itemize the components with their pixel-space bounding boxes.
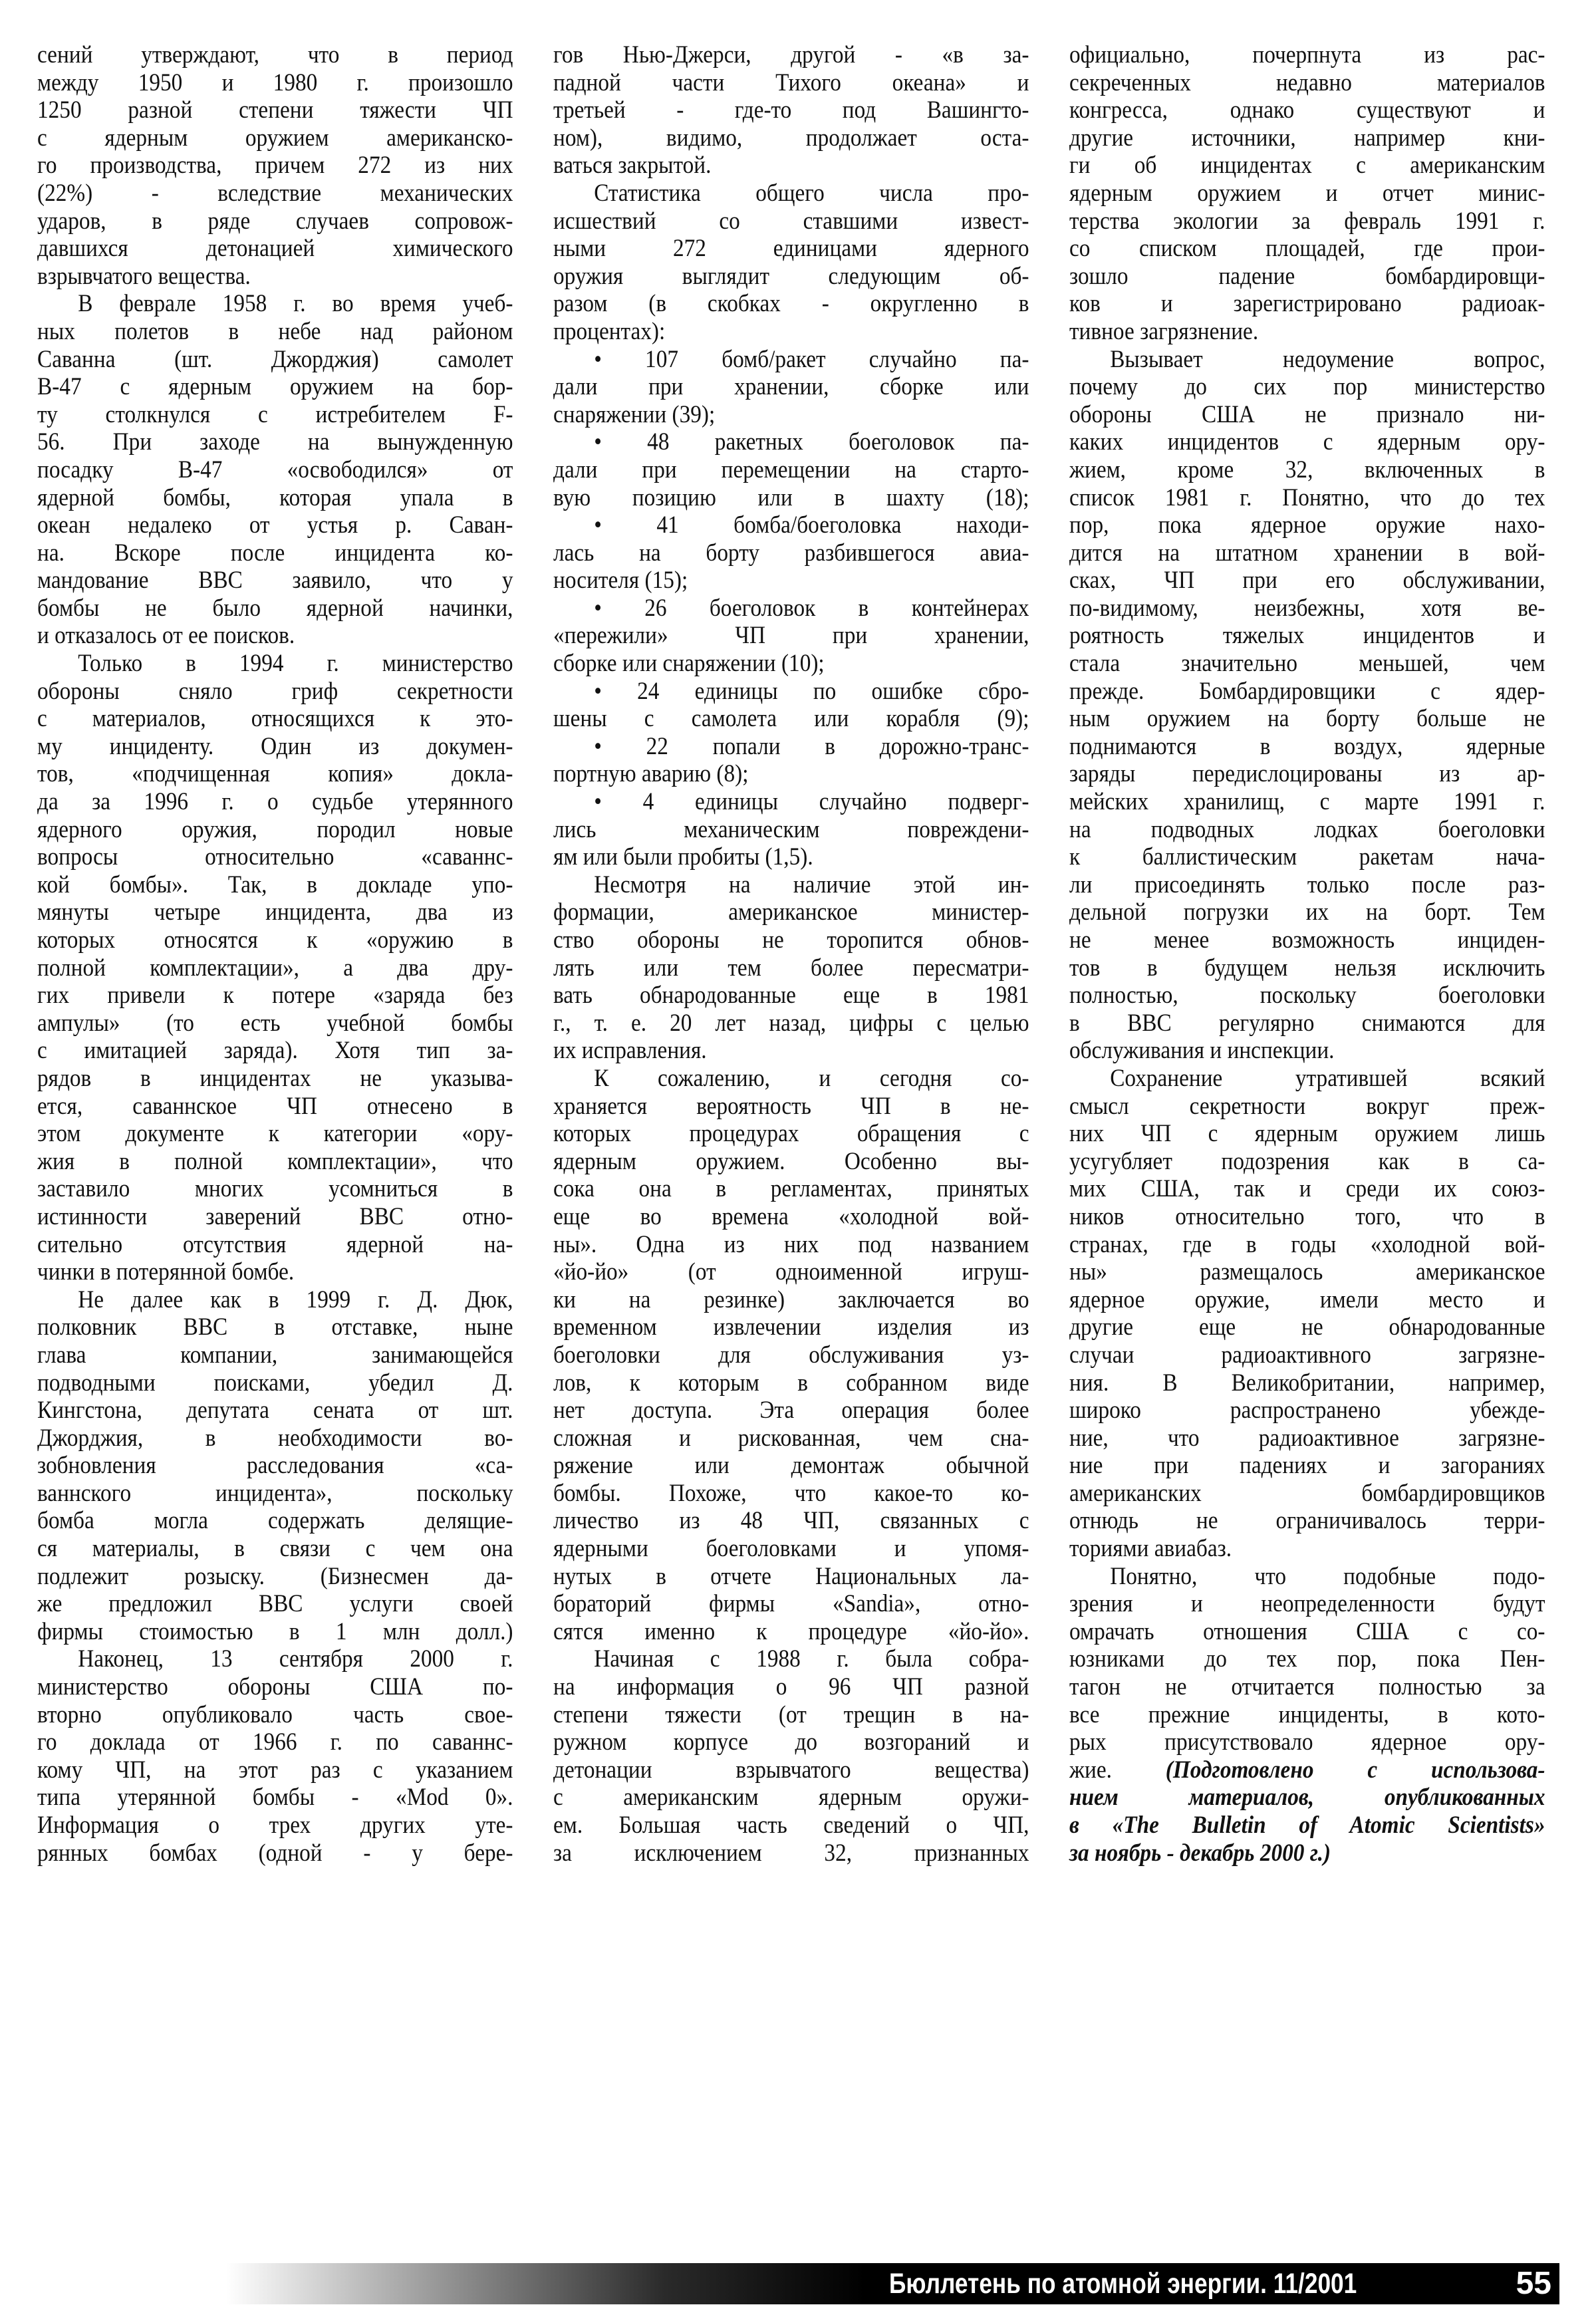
text-line: которых относятся к «оружию в [37,926,513,954]
text-line: ядерного оружия, породил новые [37,816,513,844]
text-line: рых присутствовало ядерное ору- [1069,1728,1545,1756]
text-line: за ноябрь - декабрь 2000 г.) [1069,1839,1545,1867]
text-line: министерство обороны США по- [37,1673,513,1701]
text-line: поднимаются в воздух, ядерные [1069,733,1545,761]
paragraph-start-line: Понятно, что подобные подо- [1069,1563,1545,1591]
text-column-1: сений утверждают, что в периодмежду 1950… [37,41,513,1867]
text-line: бомбы. Похоже, что какое-то ко- [553,1480,1029,1508]
text-line: с ядерным оружием американско- [37,124,513,152]
text-line: заряды передислоцированы из ар- [1069,760,1545,788]
text-line: океан недалеко от устья р. Саван- [37,511,513,539]
text-line: дельной погрузки их на борт. Тем [1069,898,1545,926]
text-line: фирмы стоимостью в 1 млн долл.) [37,1618,513,1646]
text-line: лась на борту разбившегося авиа- [553,539,1029,567]
text-line: третьей - где-то под Вашингто- [553,96,1029,124]
text-line: ружном корпусе до возгораний и [553,1728,1029,1756]
text-line: ударов, в ряде случаев сопровож- [37,207,513,235]
text-line: с материалов, относящихся к это- [37,705,513,733]
text-line: каких инцидентов с ядерным ору- [1069,428,1545,456]
text-line: ны». Одна из них под названием [553,1231,1029,1259]
text-line: ядерными боеголовками и упомя- [553,1535,1029,1563]
text-line: сках, ЧП при его обслуживании, [1069,567,1545,595]
text-line: по-видимому, неизбежны, хотя ве- [1069,595,1545,622]
text-line: степени тяжести (от трещин в на- [553,1701,1029,1729]
paragraph-start-line: В феврале 1958 г. во время учеб- [37,290,513,318]
text-line: го доклада от 1966 г. по саваннс- [37,1728,513,1756]
text-line: нет доступа. Эта операция более [553,1397,1029,1425]
source-citation-fragment: (Подготовлено с использова- [1166,1756,1545,1784]
text-line: оружия выглядит следующим об- [553,263,1029,291]
text-line: не менее возможность инциден- [1069,926,1545,954]
text-line: полной комплектации», а два дру- [37,954,513,982]
text-line: ядерное оружие, имели место и [1069,1286,1545,1314]
text-line: падной части Тихого океана» и [553,69,1029,97]
paragraph-start-line: Наконец, 13 сентября 2000 г. [37,1645,513,1673]
text-line: Информация о трех других уте- [37,1812,513,1839]
text-line: за исключением 32, признанных [553,1839,1029,1867]
text-line: 56. При заходе на вынужденную [37,428,513,456]
text-line: мандование ВВС заявило, что у [37,567,513,595]
text-line: тов, «подчищенная копия» докла- [37,760,513,788]
text-line: лись механическим повреждени- [553,816,1029,844]
text-line: сений утверждают, что в период [37,41,513,69]
text-line: 1250 разной степени тяжести ЧП [37,96,513,124]
text-line: еще во времена «холодной вой- [553,1203,1029,1231]
text-line: гов Нью-Джерси, другой - «в за- [553,41,1029,69]
text-line: обслуживания и инспекции. [1069,1037,1545,1065]
text-line: зошло падение бомбардировщи- [1069,263,1545,291]
text-line: жия в полной комплектации», что [37,1148,513,1176]
text-line: снаряжении (39); [553,401,1029,429]
text-line: да за 1996 г. о судьбе утерянного [37,788,513,816]
text-line: омрачать отношения США с со- [1069,1618,1545,1646]
text-line: B-47 с ядерным оружием на бор- [37,373,513,401]
text-line: взрывчатого вещества. [37,263,513,291]
text-line: на. Вскоре после инцидента ко- [37,539,513,567]
text-line: ны» размещалось американское [1069,1258,1545,1286]
document-page: сений утверждают, что в периодмежду 1950… [0,0,1596,2309]
text-line: вторно опубликовало часть свое- [37,1701,513,1729]
text-line: которых процедурах обращения с [553,1120,1029,1148]
text-line: лов, к которым в собранном виде [553,1369,1029,1397]
text-line: «йо-йо» (от одноименной игруш- [553,1258,1029,1286]
text-fragment: жие. [1069,1756,1166,1784]
text-line: заставило многих усомниться в [37,1175,513,1203]
text-line: в ВВС регулярно снимаются для [1069,1010,1545,1037]
text-line: глава компании, занимающейся [37,1341,513,1369]
text-line: дали при перемещении на старто- [553,456,1029,484]
text-line: ядерной бомбы, которая упала в [37,484,513,512]
text-line: гих привели к потере «заряда без [37,982,513,1010]
text-line: тивное загрязнение. [1069,318,1545,346]
text-line: жие. (Подготовлено с использова- [1069,1756,1545,1784]
text-line: ется, саваннское ЧП отнесено в [37,1093,513,1121]
text-line: вать обнародованные еще в 1981 [553,982,1029,1010]
text-line: официально, почерпнута из рас- [1069,41,1545,69]
text-line: детонации взрывчатого вещества) [553,1756,1029,1784]
text-line: исшествий со ставшими извест- [553,207,1029,235]
text-line: боеголовки для обслуживания уз- [553,1341,1029,1369]
text-line: сложная и рискованная, чем сна- [553,1425,1029,1452]
text-line: них ЧП с ядерным оружием лишь [1069,1120,1545,1148]
text-line: го производства, причем 272 из них [37,152,513,180]
text-line: полностью, поскольку боеголовки [1069,982,1545,1010]
text-line: конгресса, однако существуют и [1069,96,1545,124]
text-line: сительно отсутствия ядерной на- [37,1231,513,1259]
text-line: ядерным оружием и отчет минис- [1069,180,1545,207]
text-line: лять или тем более пересматри- [553,954,1029,982]
text-line: ние при падениях и загораниях [1069,1452,1545,1480]
text-line: кому ЧП, на этот раз с указанием [37,1756,513,1784]
text-line: на подводных лодках боеголовки [1069,816,1545,844]
text-line: нием материалов, опубликованных [1069,1784,1545,1812]
text-line: другие еще не обнародованные [1069,1313,1545,1341]
text-line: ными 272 единицами ядерного [553,235,1029,263]
text-line: ние, что радиоактивное загрязне- [1069,1425,1545,1452]
text-line: мянуты четыре инцидента, два из [37,898,513,926]
text-line: все прежние инциденты, в кото- [1069,1701,1545,1729]
text-line: сятся именно к процедуре «йо-йо». [553,1618,1029,1646]
text-line: на информация о 96 ЧП разной [553,1673,1029,1701]
text-line: носителя (15); [553,567,1029,595]
text-line: в «The Bulletin of Atomic Scientists» [1069,1812,1545,1839]
text-line: разом (в скобках - округленно в [553,290,1029,318]
text-line: му инциденту. Один из докумен- [37,733,513,761]
text-line: ство обороны не торопится обнов- [553,926,1029,954]
text-line: тов в будущем нельзя исключить [1069,954,1545,982]
paragraph-start-line: • 22 попали в дорожно-транс- [553,733,1029,761]
text-line: между 1950 и 1980 г. произошло [37,69,513,97]
text-line: американских бомбардировщиков [1069,1480,1545,1508]
text-line: г., т. е. 20 лет назад, цифры с целью [553,1010,1029,1037]
text-line: портную аварию (8); [553,760,1029,788]
text-line: ников относительно того, что в [1069,1203,1545,1231]
text-line: ям или были пробиты (1,5). [553,843,1029,871]
text-line: зрения и неопределенности будут [1069,1590,1545,1618]
text-line: обороны сняло гриф секретности [37,678,513,706]
text-line: мейских хранилищ, с марте 1991 г. [1069,788,1545,816]
page-number: 55 [1516,2267,1551,2300]
text-line: усугубляет подозрения как в са- [1069,1148,1545,1176]
text-line: случаи радиоактивного загрязне- [1069,1341,1545,1369]
text-line: полковник ВВС в отставке, ныне [37,1313,513,1341]
text-line: ки на резинке) заключается во [553,1286,1029,1314]
text-line: ном), видимо, продолжает оста- [553,124,1029,152]
text-line: формации, американское министер- [553,898,1029,926]
paragraph-start-line: • 4 единицы случайно подверг- [553,788,1029,816]
paragraph-start-line: • 48 ракетных боеголовок па- [553,428,1029,456]
text-line: рядов в инцидентах не указыва- [37,1065,513,1093]
text-line: к баллистическим ракетам нача- [1069,843,1545,871]
paragraph-start-line: Несмотря на наличие этой ин- [553,871,1029,899]
text-line: типа утерянной бомбы - «Mod 0». [37,1784,513,1812]
text-line: странах, где в годы «холодной вой- [1069,1231,1545,1259]
text-line: пор, пока ядерное оружие нахо- [1069,511,1545,539]
paragraph-start-line: К сожалению, и сегодня со- [553,1065,1029,1093]
text-line: вую позицию или в шахту (18); [553,484,1029,512]
text-line: Джорджия, в необходимости во- [37,1425,513,1452]
text-line: широко распространено убежде- [1069,1397,1545,1425]
text-line: дится на штатном хранении в вой- [1069,539,1545,567]
text-line: с американским ядерным оружи- [553,1784,1029,1812]
text-line: рянных бомбах (одной - у бере- [37,1839,513,1867]
text-line: ния. В Великобритании, например, [1069,1369,1545,1397]
text-line: же предложил ВВС услуги своей [37,1590,513,1618]
text-line: временном извлечении изделия из [553,1313,1029,1341]
text-line: ториями авиабаз. [1069,1535,1545,1563]
text-line: зобновления расследования «са- [37,1452,513,1480]
text-line: вопросы относительно «саваннс- [37,843,513,871]
text-line: роятность тяжелых инцидентов и [1069,622,1545,650]
text-line: ли присоединять только после раз- [1069,871,1545,899]
text-line: обороны США не признало ни- [1069,401,1545,429]
text-line: почему до сих пор министерство [1069,373,1545,401]
text-line: терства экологии за февраль 1991 г. [1069,207,1545,235]
text-line: ядерным оружием. Особенно вы- [553,1148,1029,1176]
paragraph-start-line: • 107 бомб/ракет случайно па- [553,346,1029,374]
text-line: шены с самолета или корабля (9); [553,705,1029,733]
text-line: Кингстона, депутата сената от шт. [37,1397,513,1425]
text-line: бомбы не было ядерной начинки, [37,595,513,622]
text-line: жием, кроме 32, включенных в [1069,456,1545,484]
text-line: ту столкнулся с истребителем F- [37,401,513,429]
text-line: бомба могла содержать делящие- [37,1507,513,1535]
text-line: сборке или снаряжении (10); [553,650,1029,678]
text-line: Саванна (шт. Джорджия) самолет [37,346,513,374]
journal-title: Бюллетень по атомной энергии. 11/2001 [889,2268,1357,2299]
paragraph-start-line: • 41 бомба/боеголовка находи- [553,511,1029,539]
text-line: подлежит розыску. (Бизнесмен да- [37,1563,513,1591]
text-line: отнюдь не ограничивалось терри- [1069,1507,1545,1535]
text-line: давшихся детонацией химического [37,235,513,263]
text-line: другие источники, например кни- [1069,124,1545,152]
text-line: этом документе к категории «ору- [37,1120,513,1148]
text-line: храняется вероятность ЧП в не- [553,1093,1029,1121]
paragraph-start-line: Начиная с 1988 г. была собра- [553,1645,1029,1673]
text-line: посадку B-47 «освободился» от [37,456,513,484]
paragraph-start-line: Сохранение утратившей всякий [1069,1065,1545,1093]
text-line: список 1981 г. Понятно, что до тех [1069,484,1545,512]
paragraph-start-line: Вызывает недоумение вопрос, [1069,346,1545,374]
text-line: бораторий фирмы «Sandia», отно- [553,1590,1029,1618]
text-line: подводными поисками, убедил Д. [37,1369,513,1397]
text-line: чинки в потерянной бомбе. [37,1258,513,1286]
text-column-3: официально, почерпнута из рас-секреченны… [1069,41,1545,1867]
text-line: истинности заверений ВВС отно- [37,1203,513,1231]
text-line: сока она в регламентах, принятых [553,1175,1029,1203]
text-column-2: гов Нью-Джерси, другой - «в за-падной ча… [553,41,1029,1867]
text-line: со списком площадей, где прои- [1069,235,1545,263]
paragraph-start-line: • 24 единицы по ошибке сбро- [553,678,1029,706]
text-line: процентах): [553,318,1029,346]
text-line: и отказалось от ее поисков. [37,622,513,650]
text-line: их исправления. [553,1037,1029,1065]
text-line: дали при хранении, сборке или [553,373,1029,401]
text-line: ваться закрытой. [553,152,1029,180]
text-line: ным оружием на борту больше не [1069,705,1545,733]
text-line: ги об инцидентах с американским [1069,152,1545,180]
text-line: личество из 48 ЧП, связанных с [553,1507,1029,1535]
text-line: мих США, так и среди их союз- [1069,1175,1545,1203]
text-line: ков и зарегистрировано радиоак- [1069,290,1545,318]
text-line: ампулы» (то есть учебной бомбы [37,1010,513,1037]
text-line: ваннского инцидента», поскольку [37,1480,513,1508]
text-line: ся материалы, в связи с чем она [37,1535,513,1563]
text-line: «пережили» ЧП при хранении, [553,622,1029,650]
text-line: стала значительно меньшей, чем [1069,650,1545,678]
text-line: смысл секретности вокруг преж- [1069,1093,1545,1121]
paragraph-start-line: Не далее как в 1999 г. Д. Дюк, [37,1286,513,1314]
text-line: кой бомбы». Так, в докладе упо- [37,871,513,899]
footer-band: Бюллетень по атомной энергии. 11/2001 55 [0,2263,1559,2304]
text-line: юзниками до тех пор, пока Пен- [1069,1645,1545,1673]
text-line: нутых в отчете Национальных ла- [553,1563,1029,1591]
text-line: прежде. Бомбардировщики с ядер- [1069,678,1545,706]
text-line: ряжение или демонтаж обычной [553,1452,1029,1480]
paragraph-start-line: Статистика общего числа про- [553,180,1029,207]
text-line: секреченных недавно материалов [1069,69,1545,97]
text-line: ных полетов в небе над районом [37,318,513,346]
text-line: (22%) - вследствие механических [37,180,513,207]
paragraph-start-line: Только в 1994 г. министерство [37,650,513,678]
text-line: с имитацией заряда). Хотя тип за- [37,1037,513,1065]
text-line: ем. Большая часть сведений о ЧП, [553,1812,1029,1839]
text-line: тагон не отчитается полностью за [1069,1673,1545,1701]
paragraph-start-line: • 26 боеголовок в контейнерах [553,595,1029,622]
